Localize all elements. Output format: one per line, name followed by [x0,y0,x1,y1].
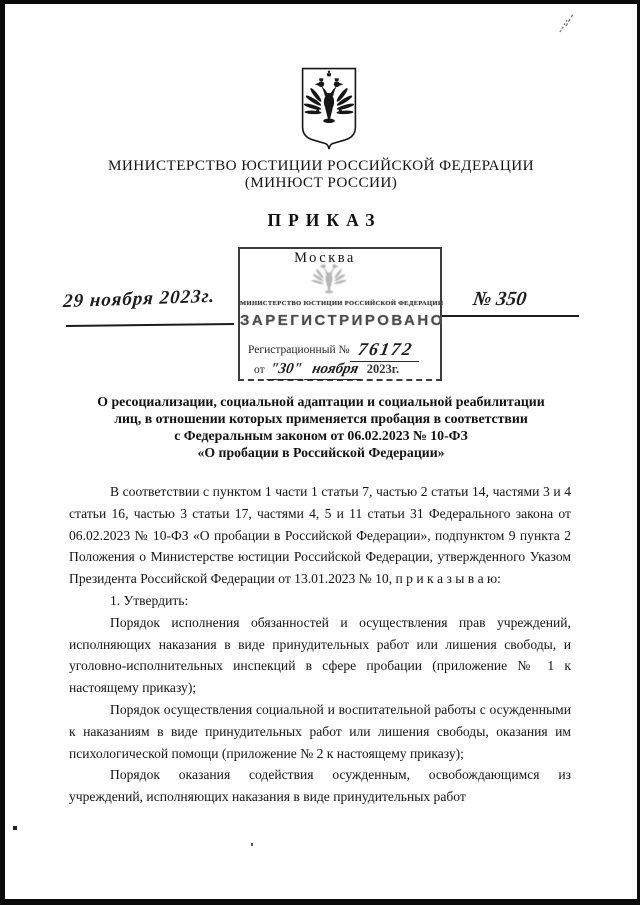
order-title-line: «О пробации в Российской Федерации» [45,444,597,461]
stamp-ministry-text: МИНИСТЕРСТВО ЮСТИЦИИ РОССИЙСКОЙ ФЕДЕРАЦИ… [240,300,440,307]
body-paragraph-preamble: В соответствии с пунктом 1 части 1 стать… [69,481,571,590]
stamp-day-handwritten: "30" [266,361,305,380]
order-title-line: с Федеральным законом от 06.02.2023 № 10… [45,427,597,444]
body-paragraph-approve: 1. Утвердить: [69,590,571,612]
stamp-reg-label: Регистрационный № [248,344,349,356]
order-number-underline [442,315,579,317]
order-title-line: лиц, в отношении которых применяется про… [45,410,597,427]
stamp-from-label: от [254,364,265,376]
scanned-order-page: МИНИСТЕРСТВО ЮСТИЦИИ РОССИЙСКОЙ ФЕДЕРАЦИ… [0,0,640,905]
stamp-date-row: от "30" ноября 2023г. [254,361,434,380]
order-body: В соответствии с пунктом 1 части 1 стать… [69,481,571,808]
order-title-line: О ресоциализации, социальной адаптации и… [45,393,597,410]
stamp-month-handwritten: ноября [304,361,366,380]
stamp-registered-text: ЗАРЕГИСТРИРОВАНО [240,312,440,329]
ministry-header: МИНИСТЕРСТВО ЮСТИЦИИ РОССИЙСКОЙ ФЕДЕРАЦИ… [5,157,637,191]
stamp-year: 2023г. [367,362,399,376]
body-paragraph-annex3: Порядок оказания содействия осужденным, … [69,764,571,808]
scan-speck [13,826,17,830]
body-paragraph-annex1: Порядок исполнения обязанностей и осущес… [69,612,571,699]
document-type-heading: ПРИКАЗ [5,210,637,231]
stamp-registration-row: Регистрационный № 76172 [248,337,438,360]
coat-of-arms-icon [296,66,362,154]
ministry-name-line2: (МИНЮСТ РОССИИ) [5,174,637,191]
order-title: О ресоциализации, социальной адаптации и… [45,393,597,461]
ministry-name-line1: МИНИСТЕРСТВО ЮСТИЦИИ РОССИЙСКОЙ ФЕДЕРАЦИ… [5,157,637,174]
handwritten-date: 29 ноября 2023г. [62,285,243,313]
stamp-reg-number-handwritten: 76172 [350,339,423,362]
registration-stamp: МИНИСТЕРСТВО ЮСТИЦИИ РОССИЙСКОЙ ФЕДЕРАЦИ… [238,247,442,381]
body-paragraph-annex2: Порядок осуществления социальной и воспи… [69,699,571,764]
date-underline [66,323,234,327]
scan-speck [251,843,253,846]
handwritten-order-number: № 350 [471,288,594,311]
pencil-mark [557,12,577,36]
